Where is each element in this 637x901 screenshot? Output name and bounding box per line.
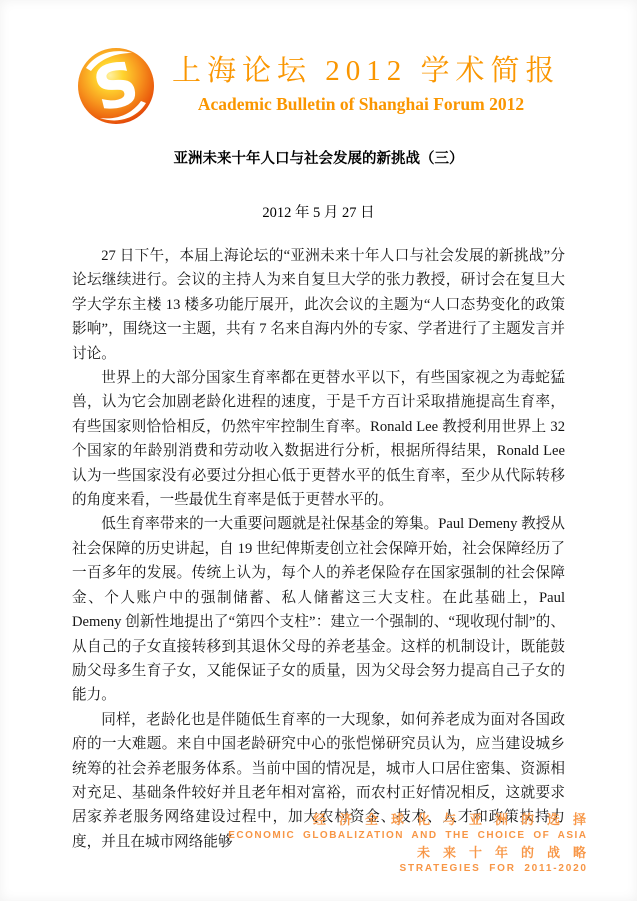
bulletin-header: S 上海论坛 2012 学术简报 Academic Bulletin of Sh… <box>76 46 550 126</box>
article-title: 亚洲未来十年人口与社会发展的新挑战（三） <box>0 147 637 168</box>
paragraph-1: 27 日下午，本届上海论坛的“亚洲未来十年人口与社会发展的新挑战”分论坛继续进行… <box>72 244 565 366</box>
slogan-line3-chinese: 未来十年的战略 <box>228 844 599 861</box>
bulletin-title-chinese: 上海论坛 2012 学术简报 <box>172 54 550 88</box>
shanghai-forum-logo-icon: S <box>76 46 156 126</box>
paragraph-3: 低生育率带来的一大重要问题就是社保基金的筹集。Paul Demeny 教授从社会… <box>72 512 565 707</box>
shanghai-forum-logo: S <box>76 46 156 126</box>
slogan-line2-english: ECONOMIC GLOBALIZATION AND THE CHOICE OF… <box>228 828 587 844</box>
article-date: 2012 年 5 月 27 日 <box>0 201 637 222</box>
bulletin-title-english: Academic Bulletin of Shanghai Forum 2012 <box>172 93 550 115</box>
article-body: 27 日下午，本届上海论坛的“亚洲未来十年人口与社会发展的新挑战”分论坛继续进行… <box>72 244 565 854</box>
forum-slogan-footer: 经济全球化与亚洲的选择 ECONOMIC GLOBALIZATION AND T… <box>228 811 586 877</box>
bulletin-titles: 上海论坛 2012 学术简报 Academic Bulletin of Shan… <box>172 46 550 115</box>
slogan-line1-chinese: 经济全球化与亚洲的选择 <box>228 811 599 828</box>
paragraph-2: 世界上的大部分国家生育率都在更替水平以下，有些国家视之为毒蛇猛兽，认为它会加剧老… <box>72 366 565 512</box>
document-page: S 上海论坛 2012 学术简报 Academic Bulletin of Sh… <box>0 0 637 901</box>
slogan-line4-english: STRATEGIES FOR 2011-2020 <box>228 861 588 877</box>
